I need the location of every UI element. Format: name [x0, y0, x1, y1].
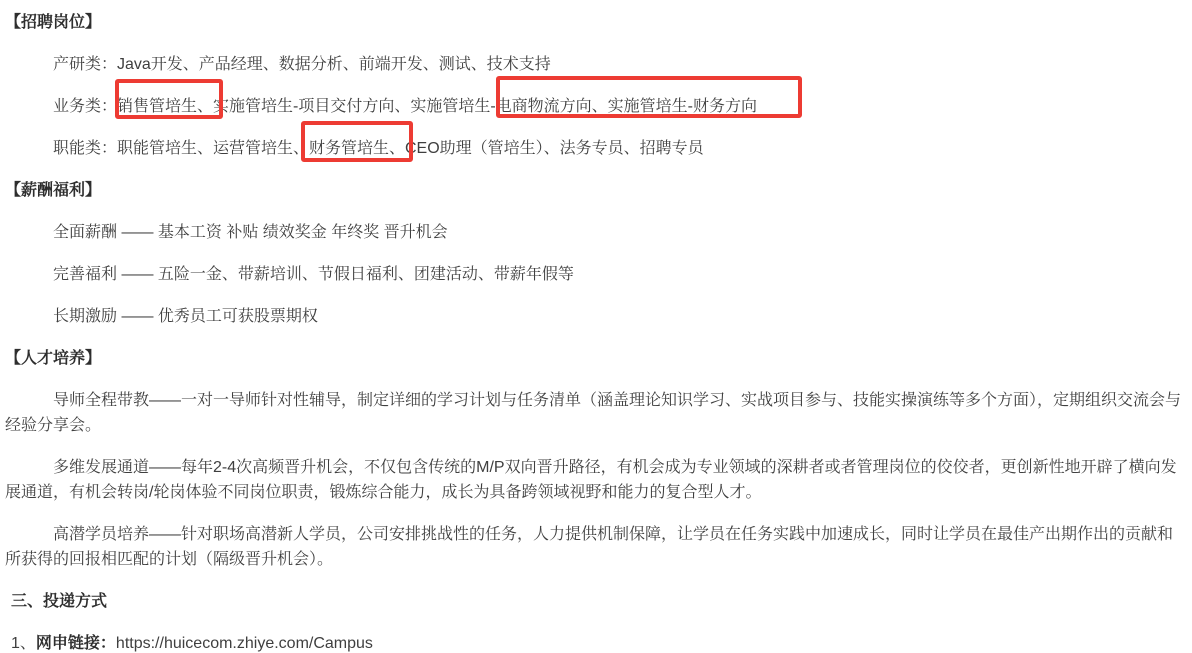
compensation-line-incentive: 长期激励 —— 优秀员工可获股票期权	[5, 304, 1187, 329]
training-paragraph-development: 多维发展通道——每年2-4次高频晋升机会，不仅包含传统的M/P双向晋升路径，有机…	[5, 455, 1187, 505]
section-heading-compensation: 【薪酬福利】	[5, 178, 1187, 203]
apply-item-label: 网申链接：	[36, 635, 116, 652]
compensation-line-benefits: 完善福利 —— 五险一金、带薪培训、节假日福利、团建活动、带薪年假等	[5, 262, 1187, 287]
apply-item-number: 1、	[11, 635, 36, 652]
recruitment-line-business: 业务类：销售管培生、实施管培生-项目交付方向、实施管培生-电商物流方向、实施管培…	[5, 94, 1187, 119]
training-paragraph-high-potential: 高潜学员培养——针对职场高潜新人学员，公司安排挑战性的任务，人力提供机制保障，让…	[5, 522, 1187, 572]
recruitment-line-product-rd: 产研类：Java开发、产品经理、数据分析、前端开发、测试、技术支持	[5, 52, 1187, 77]
compensation-line-salary: 全面薪酬 —— 基本工资 补贴 绩效奖金 年终奖 晋升机会	[5, 220, 1187, 245]
section-heading-recruitment: 【招聘岗位】	[5, 10, 1187, 35]
section-heading-training: 【人才培养】	[5, 346, 1187, 371]
recruitment-line-functional: 职能类：职能管培生、运营管培生、财务管培生、CEO助理（管培生）、法务专员、招聘…	[5, 136, 1187, 161]
training-paragraph-mentor: 导师全程带教——一对一导师针对性辅导，制定详细的学习计划与任务清单（涵盖理论知识…	[5, 388, 1187, 438]
section-heading-apply: 三、投递方式	[5, 589, 1187, 614]
apply-link-line: 1、网申链接：https://huicecom.zhiye.com/Campus	[5, 631, 1187, 653]
apply-url-text: https://huicecom.zhiye.com/Campus	[116, 635, 373, 652]
